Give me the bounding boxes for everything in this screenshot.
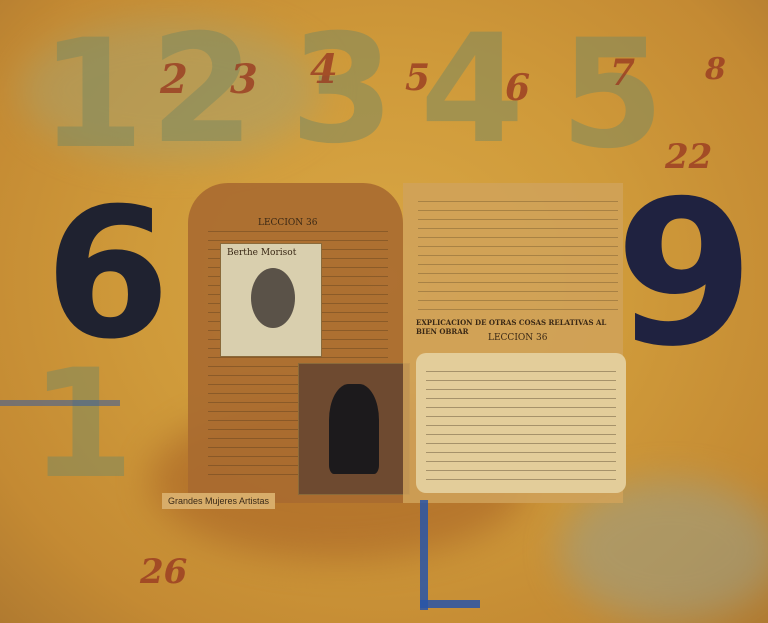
- handwritten-number: 26: [140, 555, 187, 589]
- ghost-numeral: 3: [290, 15, 394, 165]
- handwritten-number: 2: [160, 60, 188, 100]
- blue-paint-stroke: [420, 500, 428, 610]
- handwritten-number: 3: [230, 60, 258, 100]
- handwritten-number: 7: [610, 55, 635, 91]
- handwritten-number: 8: [705, 55, 726, 85]
- ghost-numeral: 5: [560, 20, 664, 170]
- portrait-photo: Berthe Morisot: [220, 243, 322, 357]
- page-text: [418, 193, 618, 313]
- book-label: Grandes Mujeres Artistas: [162, 493, 275, 509]
- handwritten-number: 5: [405, 60, 430, 96]
- portrait-caption: Berthe Morisot: [227, 248, 296, 258]
- handwritten-number: 4: [310, 50, 338, 90]
- text-card: [416, 353, 626, 493]
- lesson-heading: LECCION 36: [488, 333, 547, 343]
- artwork-canvas: 1 2 3 4 5 1 2 3 4 5 6 7 8 22 26 6 9 LECC…: [0, 0, 768, 623]
- stencil-numeral-nine: 9: [615, 175, 754, 375]
- ghost-numeral: 1: [40, 20, 144, 170]
- lesson-heading: LECCION 36: [258, 218, 317, 228]
- collage-center: LECCION 36 Berthe Morisot Grandes Mujere…: [188, 183, 628, 513]
- painted-portrait: [298, 363, 410, 495]
- page-text: [426, 363, 616, 483]
- blue-paint-stroke: [0, 400, 120, 406]
- stencil-numeral-six: 6: [45, 185, 170, 365]
- portrait-figure: [251, 268, 295, 328]
- blue-paint-stroke: [420, 600, 480, 608]
- handwritten-number: 6: [505, 70, 530, 106]
- dark-figure: [329, 384, 379, 474]
